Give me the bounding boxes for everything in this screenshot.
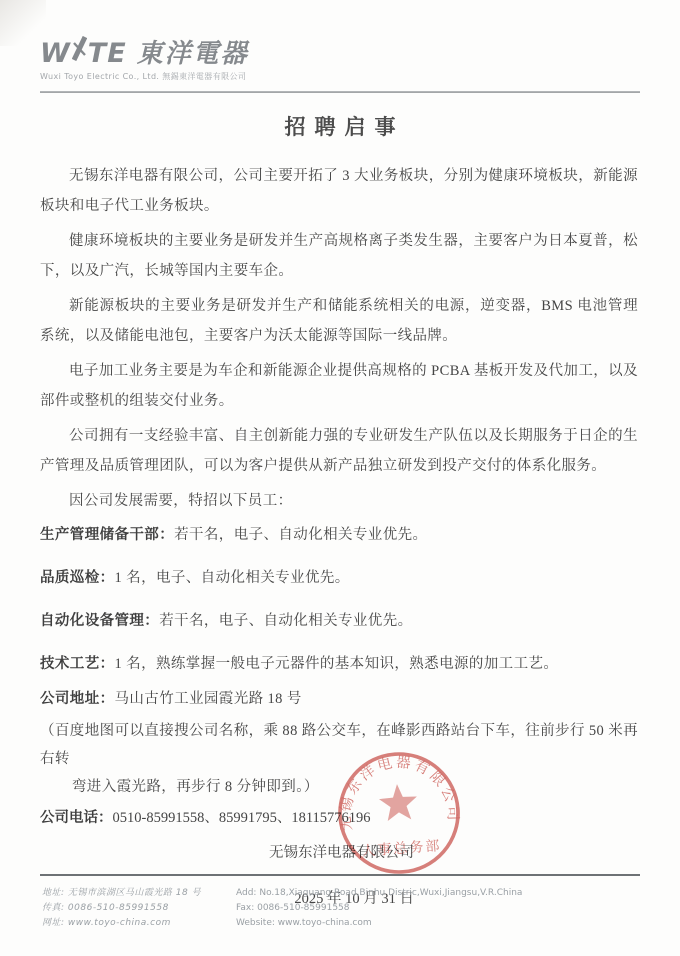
directions-line1: （百度地图可以直接搜公司名称，乘 88 路公交车，在峰影西路站台下车，往前步行 … xyxy=(40,723,638,767)
paragraph-health-env: 健康环境板块的主要业务是研发并生产高规格离子类发生器，主要客户为日本夏普，松下，… xyxy=(40,226,638,286)
job-position-row: 技术工艺：1 名，熟练掌握一般电子元器件的基本知识，熟悉电源的加工工艺。 xyxy=(40,653,638,675)
paragraph-hiring-intro: 因公司发展需要，特招以下员工： xyxy=(40,486,638,516)
phone-numbers: 0510-85991558、85991795、18115776196 xyxy=(113,810,371,826)
footer-english-column: Add: No.18,Xiaguang Road,Binhu Distric,W… xyxy=(236,886,640,931)
footer-label: 地址: xyxy=(42,888,65,898)
logo-subtitle: Wuxi Toyo Electric Co., Ltd. 無錫東洋電器有限公司 xyxy=(40,71,640,82)
logo-letter-w: W xyxy=(40,40,71,68)
footer-address-cn: 地址: 无锡市滨湖区马山霞光路 18 号 xyxy=(42,886,210,901)
signature-company: 无锡东洋电器有限公司 xyxy=(40,842,414,864)
logo-wordmark: W TE xyxy=(40,36,127,68)
position-label: 自动化设备管理： xyxy=(40,613,159,629)
paragraph-new-energy: 新能源板块的主要业务是研发并生产和储能系统相关的电源，逆变器，BMS 电池管理系… xyxy=(40,291,638,351)
footer-value: 0086-510-85991558 xyxy=(68,903,169,913)
footer-label: 传真: xyxy=(42,903,65,913)
company-logo: W TE 東洋電器 xyxy=(40,36,640,68)
page-footer: 地址: 无锡市滨湖区马山霞光路 18 号 传真: 0086-510-859915… xyxy=(0,874,680,931)
address-label: 公司地址： xyxy=(40,691,115,707)
footer-value: www.toyo-china.com xyxy=(278,918,372,928)
document-body: 无锡东洋电器有限公司，公司主要开拓了 3 大业务板块，分别为健康环境板块，新能源… xyxy=(0,141,680,910)
position-label: 技术工艺： xyxy=(40,656,115,672)
footer-address-en: Add: No.18,Xiaguang Road,Binhu Distric,W… xyxy=(236,886,640,901)
logo-letters-te: TE xyxy=(88,40,127,68)
footer-value: No.18,Xiaguang Road,Binhu Distric,Wuxi,J… xyxy=(259,888,522,898)
position-desc: 1 名，电子、自动化相关专业优先。 xyxy=(115,570,350,586)
job-positions-list: 生产管理储备干部：若干名，电子、自动化相关专业优先。 品质巡检：1 名，电子、自… xyxy=(40,524,638,710)
footer-label: 网址: xyxy=(42,918,65,928)
position-label: 品质巡检： xyxy=(40,570,115,586)
footer-chinese-column: 地址: 无锡市滨湖区马山霞光路 18 号 传真: 0086-510-859915… xyxy=(42,886,210,931)
phone-label: 公司电话： xyxy=(40,810,113,826)
directions-line2: 弯进入霞光路，再步行 8 分钟即到。） xyxy=(72,779,319,795)
footer-label: Website: xyxy=(236,918,275,928)
job-position-row: 生产管理储备干部：若干名，电子、自动化相关专业优先。 xyxy=(40,524,638,546)
footer-website-en: Website: www.toyo-china.com xyxy=(236,916,640,931)
logo-slash-icon xyxy=(72,36,87,67)
position-desc: 若干名，电子、自动化相关专业优先。 xyxy=(159,613,412,629)
page-title: 招聘启事 xyxy=(0,111,680,141)
position-desc: 若干名，电子、自动化相关专业优先。 xyxy=(174,527,427,543)
company-address-row: 公司地址：马山古竹工业园霞光路 18 号 xyxy=(40,688,638,710)
position-label: 生产管理储备干部： xyxy=(40,527,174,543)
footer-value: 0086-510-85991558 xyxy=(257,903,349,913)
job-position-row: 品质巡检：1 名，电子、自动化相关专业优先。 xyxy=(40,567,638,589)
footer-label: Add: xyxy=(236,888,256,898)
logo-cjk-name: 東洋電器 xyxy=(137,40,249,68)
paragraph-team: 公司拥有一支经验丰富、自主创新能力强的专业研发生产队伍以及长期服务于日企的生产管… xyxy=(40,421,638,481)
footer-value: 无锡市滨湖区马山霞光路 18 号 xyxy=(68,888,201,898)
footer-website-cn: 网址: www.toyo-china.com xyxy=(42,916,210,931)
footer-fax-cn: 传真: 0086-510-85991558 xyxy=(42,901,210,916)
address-value: 马山古竹工业园霞光路 18 号 xyxy=(115,691,302,707)
footer-label: Fax: xyxy=(236,903,254,913)
recruitment-notice-page: W TE 東洋電器 Wuxi Toyo Electric Co., Ltd. 無… xyxy=(0,0,680,956)
header-divider xyxy=(40,91,640,93)
directions-note: （百度地图可以直接搜公司名称，乘 88 路公交车，在峰影西路站台下车，往前步行 … xyxy=(40,717,638,801)
paragraph-intro: 无锡东洋电器有限公司，公司主要开拓了 3 大业务板块，分别为健康环境板块，新能源… xyxy=(40,161,638,221)
position-desc: 1 名，熟练掌握一般电子元器件的基本知识，熟悉电源的加工工艺。 xyxy=(115,656,559,672)
company-phone-row: 公司电话：0510-85991558、85991795、18115776196 xyxy=(40,806,638,830)
letterhead: W TE 東洋電器 Wuxi Toyo Electric Co., Ltd. 無… xyxy=(0,0,680,93)
footer-fax-en: Fax: 0086-510-85991558 xyxy=(236,901,640,916)
footer-value: www.toyo-china.com xyxy=(68,918,171,928)
job-position-row: 自动化设备管理：若干名，电子、自动化相关专业优先。 xyxy=(40,610,638,632)
paragraph-electronics: 电子加工业务主要是为车企和新能源企业提供高规格的 PCBA 基板开发及代加工，以… xyxy=(40,356,638,416)
